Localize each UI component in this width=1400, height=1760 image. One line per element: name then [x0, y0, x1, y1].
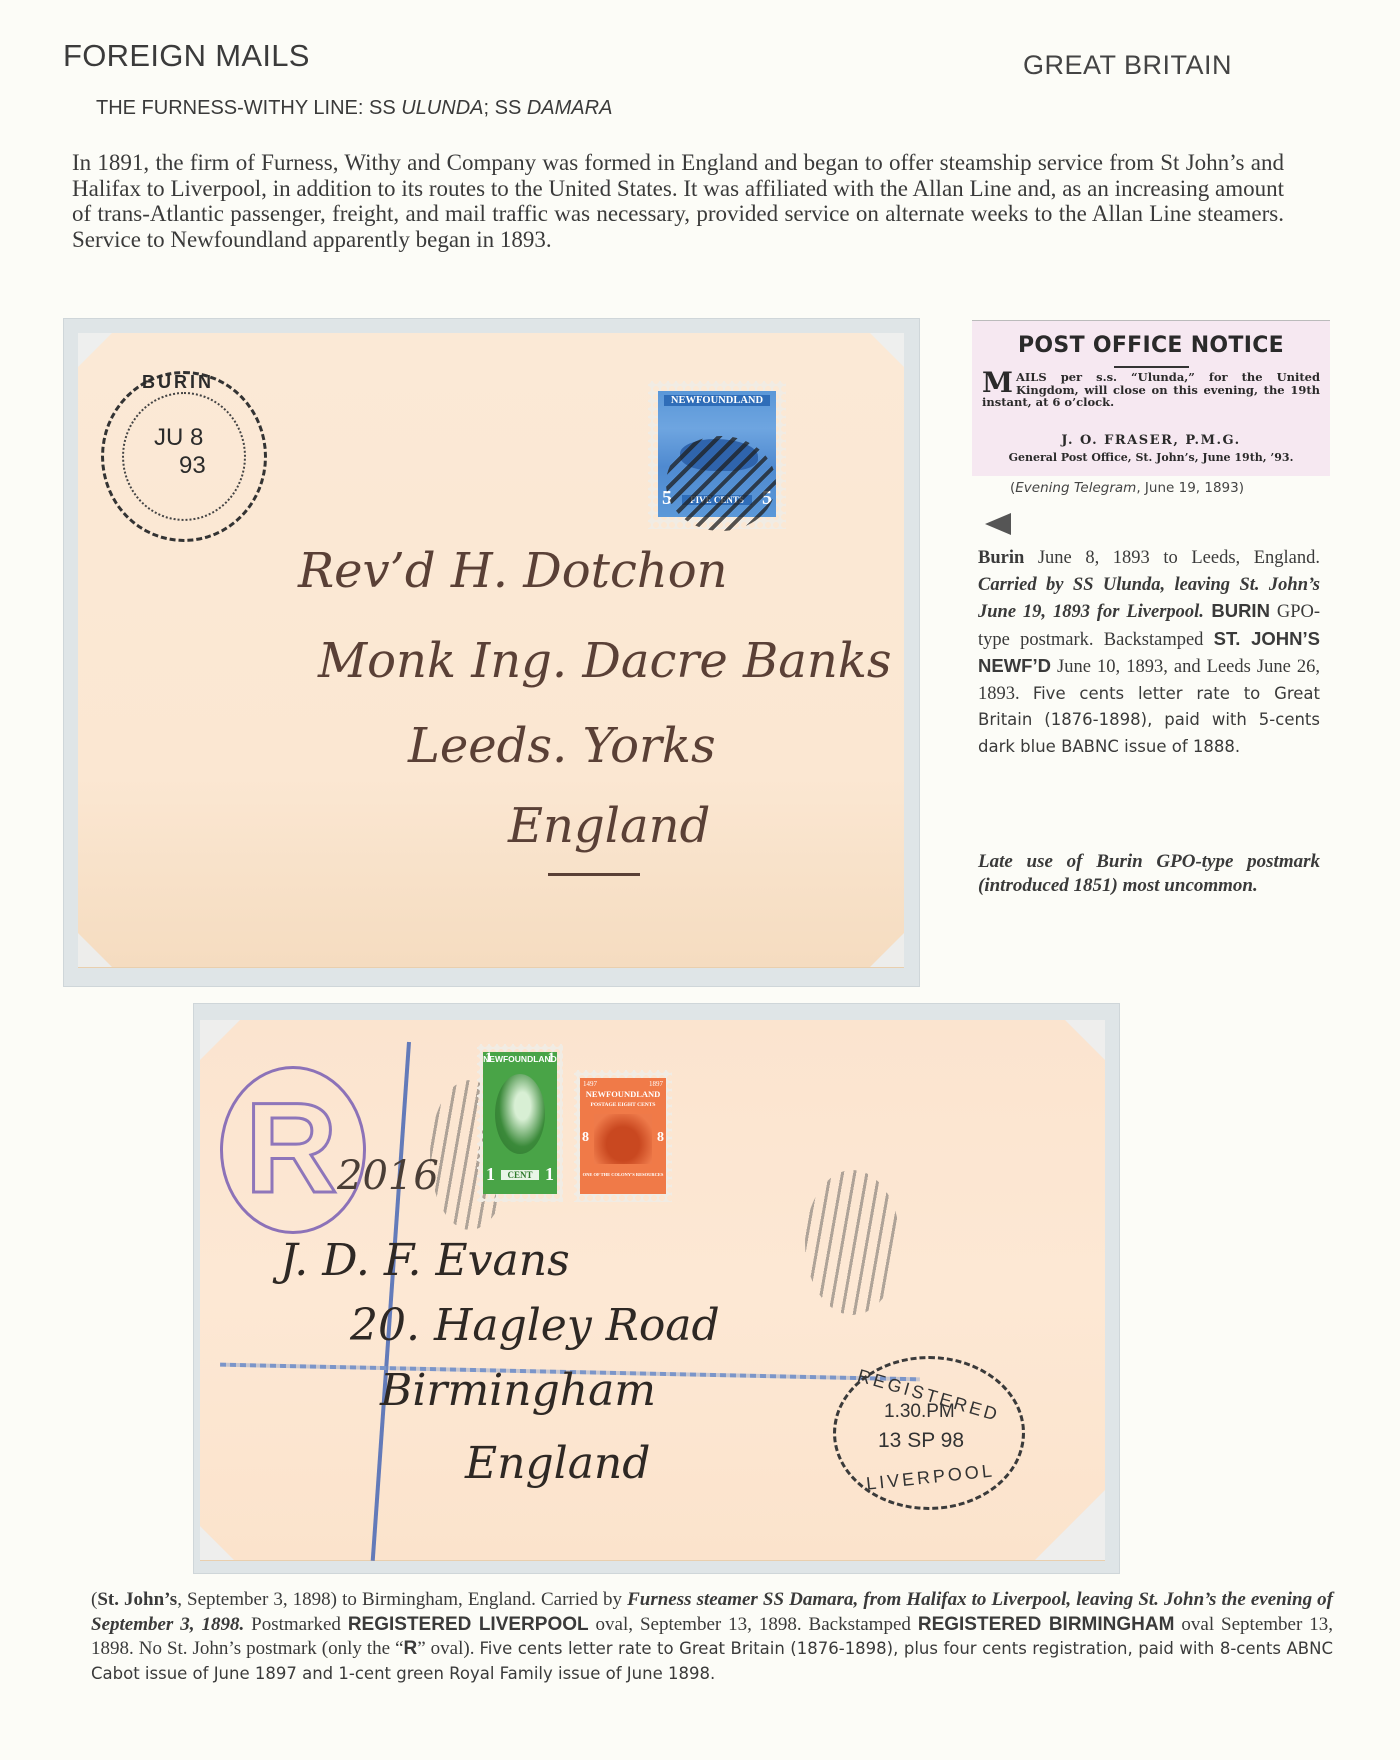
registration-number: 2016: [337, 1153, 439, 1199]
cover2-address-line2: 20. Hagley Road: [350, 1300, 720, 1351]
cover1-mount: BURIN JU 8 93 NEWFOUNDLAND FIVE CENTS 5 …: [63, 318, 920, 987]
registration-r-oval: R: [220, 1066, 366, 1234]
page-title: FOREIGN MAILS: [63, 38, 310, 74]
cover1-address-line3: Leeds. Yorks: [408, 718, 716, 774]
desc2-postmark: REGISTERED LIVERPOOL: [348, 1614, 589, 1635]
stamp-8c-cabot: 1497 1897 NEWFOUNDLAND POSTAGE EIGHT CEN…: [574, 1070, 672, 1202]
notice-rule: [1114, 366, 1189, 368]
mount-corner: [870, 933, 904, 967]
postmark-bottom-text: LIVERPOOL: [865, 1460, 996, 1494]
notice-body-text: AILS per s.s. “Ulunda,” for the United K…: [982, 370, 1320, 409]
stamp-country: NEWFOUNDLAND: [664, 395, 770, 406]
burin-postmark: BURIN JU 8 93: [101, 371, 267, 542]
postmark-date: JU 8: [154, 424, 203, 452]
country-heading: GREAT BRITAIN: [1023, 50, 1232, 81]
cover2-address-line1: J. D. F. Evans: [280, 1235, 570, 1286]
stamp-country: NEWFOUNDLAND: [483, 1054, 557, 1064]
registered-liverpool-postmark: REGISTERED 1.30.PM 13 SP 98 LIVERPOOL: [833, 1356, 1025, 1510]
source-title: Evening Telegram: [1015, 480, 1136, 496]
mount-corner: [1065, 1020, 1105, 1060]
mount-corner: [870, 333, 904, 367]
cover2-address-line3: Birmingham: [380, 1365, 656, 1416]
stamp-bottom-label: ONE OF THE COLONY'S RESOURCES: [580, 1172, 666, 1177]
cover2-envelope: R 2016 NEWFOUNDLAND 1 1 CENT 1 1: [200, 1020, 1105, 1561]
post-office-notice: POST OFFICE NOTICE MAILS per s.s. “Ulund…: [972, 320, 1330, 476]
desc1-text: June 8, 1893 to Leeds, England.: [1024, 548, 1320, 568]
fishing-scene-icon: [594, 1114, 652, 1164]
stamp-year-left: 1497: [583, 1080, 597, 1088]
subtitle-separator: ; SS: [483, 97, 526, 119]
desc2-backstamp: REGISTERED BIRMINGHAM: [918, 1614, 1175, 1635]
stamp-face: 1497 1897 NEWFOUNDLAND POSTAGE EIGHT CEN…: [580, 1078, 666, 1194]
stamp-denomination-left: 8: [582, 1130, 589, 1146]
desc2-text: , September 3, 1898) to Birmingham, Engl…: [177, 1589, 627, 1610]
stamp-1c-queen-victoria: NEWFOUNDLAND 1 1 CENT 1 1: [477, 1044, 563, 1202]
notice-footer: General Post Office, St. John’s, June 19…: [982, 451, 1320, 464]
stamp-top-label: POSTAGE EIGHT CENTS: [580, 1102, 666, 1108]
stamp-bottom-label: CENT: [501, 1170, 539, 1180]
stamp-5c-seal: NEWFOUNDLAND FIVE CENTS 5 5: [648, 381, 786, 529]
desc2-r-mark: R: [404, 1638, 418, 1659]
desc2-text: ” oval).: [417, 1638, 479, 1659]
cover1-address-line1: Rev’d H. Dotchon: [298, 543, 728, 599]
postmark-time: 1.30.PM: [884, 1401, 955, 1423]
registration-letter: R: [245, 1079, 337, 1219]
notice-title: POST OFFICE NOTICE: [972, 333, 1330, 358]
postmark-town: BURIN: [142, 372, 214, 393]
mount-corner: [200, 1526, 234, 1560]
postmark-date: 13 SP 98: [878, 1429, 964, 1453]
source-post: , June 19, 1893): [1136, 480, 1244, 496]
intro-paragraph: In 1891, the firm of Furness, Withy and …: [72, 150, 1284, 252]
cover1-address-line4: England: [508, 798, 710, 854]
barred-cancel: [805, 1170, 900, 1315]
notice-dropcap: M: [982, 371, 1013, 395]
subtitle-ship-damara: DAMARA: [527, 97, 613, 119]
notice-signature: J. O. FRASER, P.M.G.: [972, 433, 1330, 448]
stamp-country: NEWFOUNDLAND: [580, 1089, 666, 1099]
mount-corner: [78, 333, 112, 367]
page-subtitle: THE FURNESS-WITHY LINE: SS ULUNDA; SS DA…: [96, 97, 612, 120]
stamp-year-right: 1897: [649, 1080, 663, 1088]
queen-portrait-icon: [495, 1074, 545, 1154]
desc2-origin: St. John’s: [97, 1589, 177, 1610]
cover1-description: Burin June 8, 1893 to Leeds, England. Ca…: [978, 545, 1320, 760]
postmark-year: 93: [179, 452, 206, 480]
desc1-town: Burin: [978, 548, 1024, 568]
stamp-denomination-top-left: 1: [485, 1050, 493, 1067]
cover1-note: Late use of Burin GPO-type postmark (int…: [978, 850, 1320, 898]
barred-cancel: [666, 436, 776, 531]
left-arrow-icon: [985, 513, 1011, 535]
stamp-denomination-top-right: 1: [548, 1050, 556, 1067]
subtitle-ship-ulunda: ULUNDA: [401, 97, 483, 119]
stamp-denomination-bottom-left: 1: [486, 1164, 495, 1185]
stamp-denomination-right: 8: [657, 1130, 664, 1146]
desc2-text: oval, September 13, 1898. Backstamped: [589, 1614, 918, 1635]
mount-corner: [78, 933, 112, 967]
desc1-burin: BURIN: [1204, 600, 1270, 621]
subtitle-prefix: THE FURNESS-WITHY LINE: SS: [96, 97, 401, 119]
mount-corner: [200, 1020, 240, 1060]
address-underline: [548, 873, 640, 876]
cover2-mount: R 2016 NEWFOUNDLAND 1 1 CENT 1 1: [193, 1003, 1120, 1574]
mount-corner: [1035, 1490, 1105, 1560]
stamp-denomination-bottom-right: 1: [545, 1164, 554, 1185]
cover1-address-line2: Monk Ing. Dacre Banks: [318, 633, 892, 689]
cover1-envelope: BURIN JU 8 93 NEWFOUNDLAND FIVE CENTS 5 …: [78, 333, 904, 968]
cover2-address-line4: England: [465, 1438, 650, 1489]
notice-source: (Evening Telegram, June 19, 1893): [1010, 480, 1244, 496]
desc2-text: Postmarked: [244, 1614, 348, 1635]
notice-body: MAILS per s.s. “Ulunda,” for the United …: [982, 371, 1320, 409]
stamp-face: NEWFOUNDLAND 1 1 CENT 1 1: [483, 1052, 557, 1194]
cover2-description: (St. John’s, September 3, 1898) to Birmi…: [91, 1588, 1333, 1686]
